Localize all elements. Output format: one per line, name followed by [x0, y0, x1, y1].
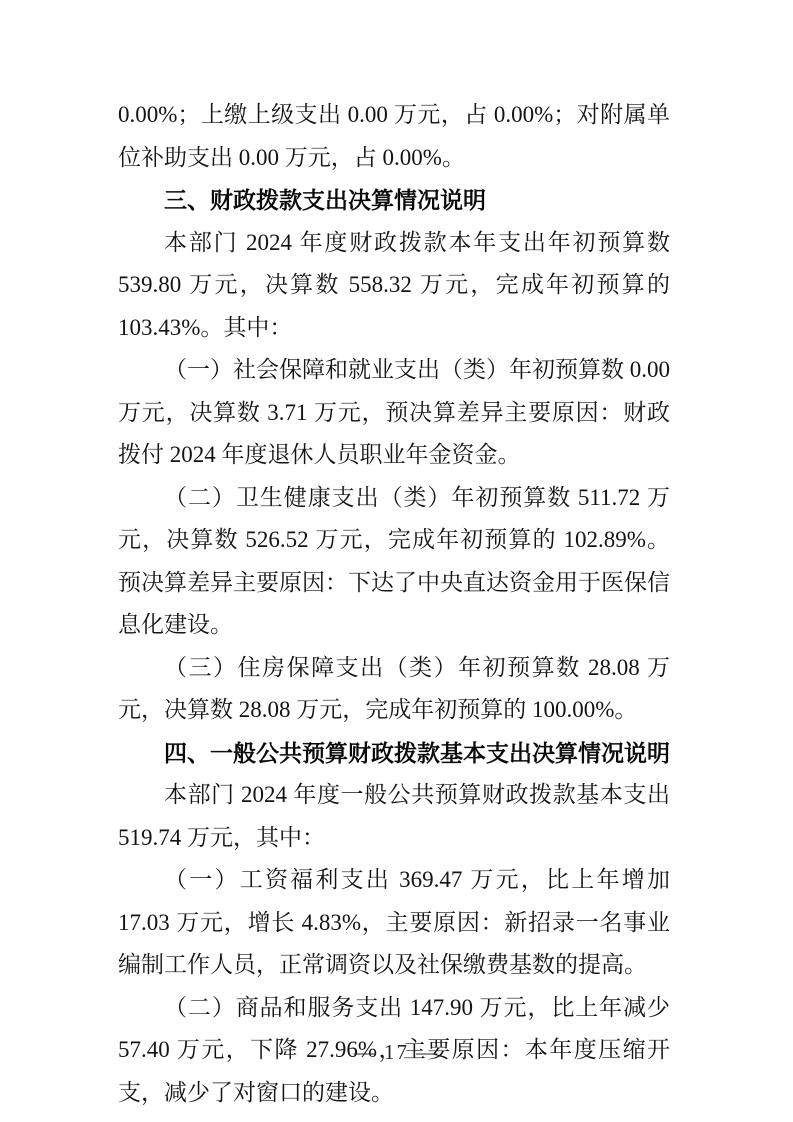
section-heading-4-general-public-budget-basic-expenditure: 四、一般公共预算财政拨款基本支出决算情况说明: [118, 732, 670, 775]
paragraph-item-1-social-security-employment: （一）社会保障和就业支出（类）年初预算数 0.00 万元，决算数 3.71 万元…: [118, 349, 670, 477]
paragraph-item-1-wages-welfare: （一）工资福利支出 369.47 万元，比上年增加 17.03 万元，增长 4.…: [118, 859, 670, 987]
paragraph-item-3-housing-security: （三）住房保障支出（类）年初预算数 28.08 万元，决算数 28.08 万元，…: [118, 647, 670, 732]
page-footer: — 17 —: [0, 1038, 793, 1066]
paragraph-basic-expenditure-summary: 本部门 2024 年度一般公共预算财政拨款基本支出 519.74 万元，其中：: [118, 774, 670, 859]
paragraph-item-2-health: （二）卫生健康支出（类）年初预算数 511.72 万元，决算数 526.52 万…: [118, 477, 670, 647]
paragraph-continuation-other-expenditure: 0.00%；上缴上级支出 0.00 万元，占 0.00%；对附属单位补助支出 0…: [118, 94, 670, 179]
document-body: 0.00%；上缴上级支出 0.00 万元，占 0.00%；对附属单位补助支出 0…: [118, 94, 670, 1114]
page-number: — 17 —: [354, 1040, 440, 1064]
document-page: 0.00%；上缴上级支出 0.00 万元，占 0.00%；对附属单位补助支出 0…: [0, 0, 793, 1122]
paragraph-fiscal-expenditure-summary: 本部门 2024 年度财政拨款本年支出年初预算数 539.80 万元，决算数 5…: [118, 222, 670, 350]
section-heading-3-fiscal-appropriation-expenditure: 三、财政拨款支出决算情况说明: [118, 179, 670, 222]
